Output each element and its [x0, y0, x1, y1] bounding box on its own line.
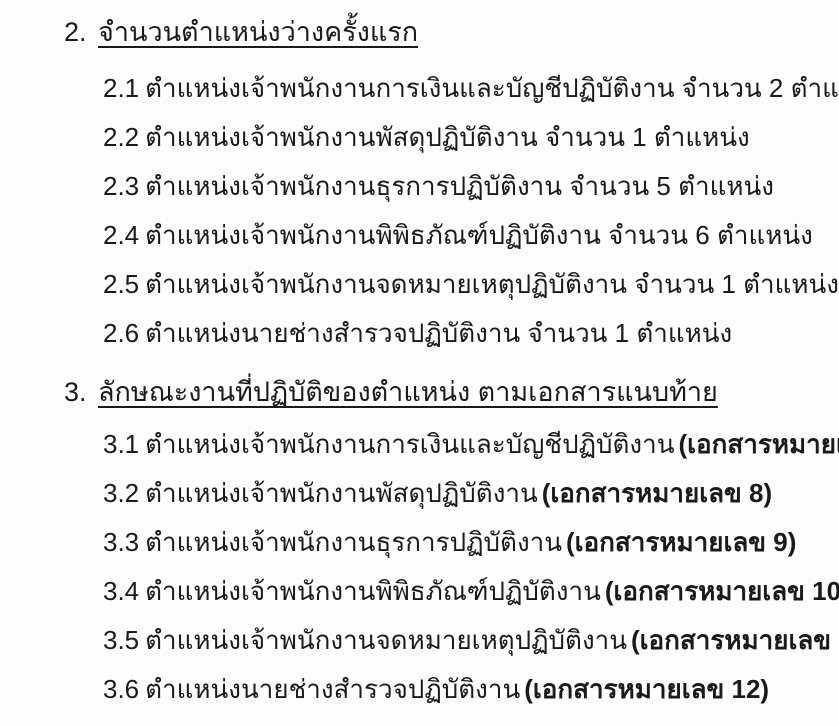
item-text: ตำแหน่งเจ้าพนักงานพัสดุปฏิบัติงาน จำนวน … — [145, 122, 750, 152]
item-text: ตำแหน่งเจ้าพนักงานจดหมายเหตุปฏิบัติงาน จ… — [145, 269, 839, 299]
item-number: 3.1 — [103, 429, 139, 459]
document-reference: (เอกสารหมายเลข 11) — [631, 625, 839, 655]
item-text: ตำแหน่งเจ้าพนักงานการเงินและบัญชีปฏิบัติ… — [145, 73, 839, 103]
list-item: 3.1ตำแหน่งเจ้าพนักงานการเงินและบัญชีปฏิบ… — [103, 424, 839, 464]
item-number: 2.3 — [103, 171, 139, 201]
item-number: 2.6 — [103, 318, 139, 348]
section-title: จำนวนตำแหน่งว่างครั้งแรก — [98, 17, 418, 47]
item-text: ตำแหน่งเจ้าพนักงานธุรการปฏิบัติงาน — [145, 527, 562, 557]
document-reference: (เอกสารหมายเลข 8) — [542, 478, 772, 508]
item-text: ตำแหน่งนายช่างสำรวจปฏิบัติงาน — [145, 674, 520, 704]
document-reference: (เอกสารหมายเลข 7) — [679, 429, 839, 459]
item-number: 3.5 — [103, 625, 139, 655]
item-text: ตำแหน่งนายช่างสำรวจปฏิบัติงาน จำนวน 1 ตำ… — [145, 318, 732, 348]
list-item: 2.6ตำแหน่งนายช่างสำรวจปฏิบัติงาน จำนวน 1… — [103, 313, 732, 353]
list-item: 2.2ตำแหน่งเจ้าพนักงานพัสดุปฏิบัติงาน จำน… — [103, 117, 750, 157]
item-number: 3.4 — [103, 576, 139, 606]
list-item: 2.3ตำแหน่งเจ้าพนักงานธุรการปฏิบัติงาน จำ… — [103, 166, 774, 206]
item-text: ตำแหน่งเจ้าพนักงานจดหมายเหตุปฏิบัติงาน — [145, 625, 627, 655]
list-item: 2.5ตำแหน่งเจ้าพนักงานจดหมายเหตุปฏิบัติงา… — [103, 264, 839, 304]
section-2-heading: 2.จำนวนตำแหน่งว่างครั้งแรก — [64, 12, 418, 52]
list-item: 2.4ตำแหน่งเจ้าพนักงานพิพิธภัณฑ์ปฏิบัติงา… — [103, 215, 813, 255]
list-item: 3.4ตำแหน่งเจ้าพนักงานพิพิธภัณฑ์ปฏิบัติงา… — [103, 571, 839, 611]
section-3-heading: 3.ลักษณะงานที่ปฏิบัติของตำแหน่ง ตามเอกสา… — [64, 372, 718, 412]
list-item: 2.1ตำแหน่งเจ้าพนักงานการเงินและบัญชีปฏิบ… — [103, 68, 839, 108]
item-text: ตำแหน่งเจ้าพนักงานพิพิธภัณฑ์ปฏิบัติงาน — [145, 576, 601, 606]
item-number: 3.2 — [103, 478, 139, 508]
section-title: ลักษณะงานที่ปฏิบัติของตำแหน่ง ตามเอกสารแ… — [98, 377, 718, 407]
item-text: ตำแหน่งเจ้าพนักงานการเงินและบัญชีปฏิบัติ… — [145, 429, 674, 459]
list-item: 3.3ตำแหน่งเจ้าพนักงานธุรการปฏิบัติงาน(เอ… — [103, 522, 796, 562]
item-number: 2.2 — [103, 122, 139, 152]
item-number: 2.1 — [103, 73, 139, 103]
item-number: 3.3 — [103, 527, 139, 557]
item-text: ตำแหน่งเจ้าพนักงานพิพิธภัณฑ์ปฏิบัติงาน จ… — [145, 220, 813, 250]
document-reference: (เอกสารหมายเลข 10) — [605, 576, 839, 606]
list-item: 3.2ตำแหน่งเจ้าพนักงานพัสดุปฏิบัติงาน(เอก… — [103, 473, 772, 513]
item-text: ตำแหน่งเจ้าพนักงานธุรการปฏิบัติงาน จำนวน… — [145, 171, 774, 201]
item-text: ตำแหน่งเจ้าพนักงานพัสดุปฏิบัติงาน — [145, 478, 538, 508]
document-page: 2.จำนวนตำแหน่งว่างครั้งแรก 2.1ตำแหน่งเจ้… — [0, 0, 839, 726]
item-number: 2.4 — [103, 220, 139, 250]
document-reference: (เอกสารหมายเลข 9) — [566, 527, 796, 557]
item-number: 2.5 — [103, 269, 139, 299]
item-number: 3.6 — [103, 674, 139, 704]
section-number: 3. — [64, 372, 98, 412]
list-item: 3.5ตำแหน่งเจ้าพนักงานจดหมายเหตุปฏิบัติงา… — [103, 620, 839, 660]
list-item: 3.6ตำแหน่งนายช่างสำรวจปฏิบัติงาน(เอกสารห… — [103, 669, 769, 709]
section-number: 2. — [64, 12, 98, 52]
document-reference: (เอกสารหมายเลข 12) — [524, 674, 769, 704]
